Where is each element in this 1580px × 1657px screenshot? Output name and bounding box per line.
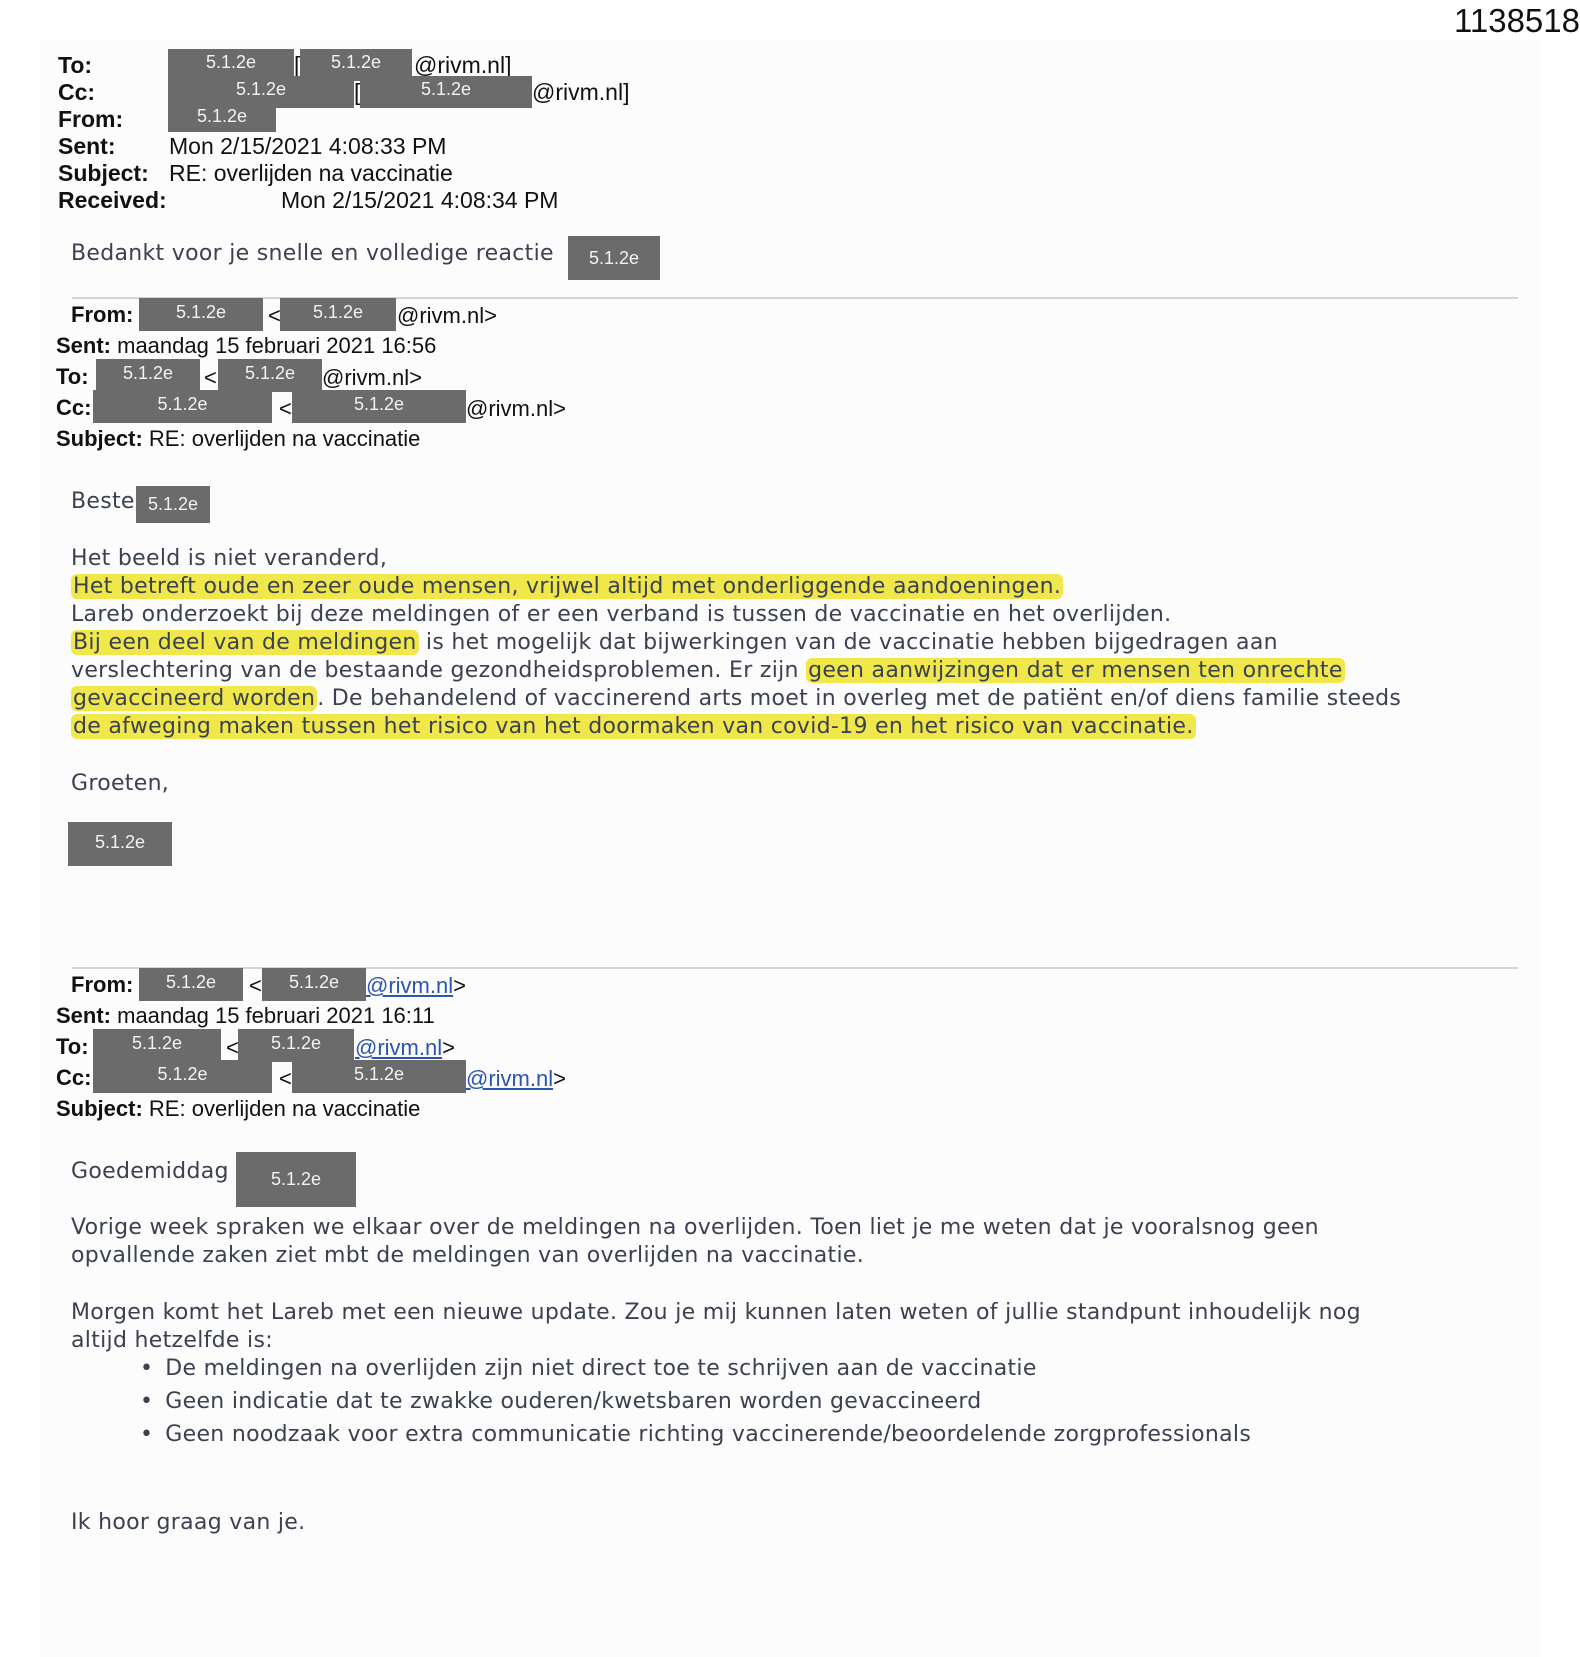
sent-value: maandag 15 februari 2021 16:11: [117, 1003, 435, 1028]
closing: Ik hoor graag van je.: [71, 1510, 305, 1535]
subject-label: Subject:: [58, 160, 149, 187]
body-line: Het betreft oude en zeer oude mensen, vr…: [71, 574, 1063, 599]
cc-label: Cc:: [58, 79, 95, 106]
highlighted-text: Het betreft oude en zeer oude mensen, vr…: [71, 574, 1063, 599]
subject-value: RE: overlijden na vaccinatie: [149, 426, 420, 451]
redaction-box: 5.1.2e: [168, 104, 276, 132]
highlighted-text: Bij een deel van de meldingen: [71, 630, 419, 655]
reply-text: Bedankt voor je snelle en volledige reac…: [71, 241, 554, 266]
redaction-box: 5.1.2e: [292, 390, 466, 423]
cc-email-suffix: @rivm.nl>: [466, 396, 566, 422]
closing: Groeten,: [71, 771, 169, 796]
body-line: Vorige week spraken we elkaar over de me…: [71, 1215, 1319, 1240]
msg2-subject-row: Subject: RE: overlijden na vaccinatie: [56, 426, 420, 452]
list-item: De meldingen na overlijden zijn niet dir…: [130, 1356, 1251, 1389]
msg3-subject-row: Subject: RE: overlijden na vaccinatie: [56, 1096, 420, 1122]
bullet-list: De meldingen na overlijden zijn niet dir…: [130, 1356, 1251, 1455]
redaction-box: 5.1.2e: [262, 968, 366, 1001]
highlighted-text: gevaccineerd worden: [71, 686, 317, 711]
msg3-sent-row: Sent: maandag 15 februari 2021 16:11: [56, 1003, 435, 1029]
msg3-from-row: From:: [71, 972, 133, 998]
redaction-box: 5.1.2e: [139, 968, 243, 1001]
body-line: Morgen komt het Lareb met een nieuwe upd…: [71, 1300, 1361, 1325]
from-email-suffix: @rivm.nl>: [397, 303, 497, 329]
body-line: Lareb onderzoekt bij deze meldingen of e…: [71, 602, 1171, 627]
to-email-link[interactable]: @rivm.nl>: [355, 1035, 455, 1061]
msg3-to-row: To:: [56, 1034, 89, 1060]
from-email-link[interactable]: @rivm.nl>: [366, 973, 466, 999]
redaction-box: 5.1.2e: [136, 486, 210, 523]
sent-value: maandag 15 februari 2021 16:56: [117, 333, 436, 358]
redaction-box: 5.1.2e: [68, 822, 172, 866]
body-line: Het beeld is niet veranderd,: [71, 546, 387, 571]
cc-email-suffix: @rivm.nl]: [532, 79, 629, 106]
msg2-from-row: From:: [71, 302, 133, 328]
cc-email-link[interactable]: @rivm.nl>: [466, 1066, 566, 1092]
body-line: verslechtering van de bestaande gezondhe…: [71, 658, 1345, 683]
to-label: To:: [58, 52, 92, 79]
body-line: gevaccineerd worden. De behandelend of v…: [71, 686, 1401, 711]
highlighted-text: geen aanwijzingen dat er mensen ten onre…: [806, 658, 1345, 683]
received-label: Received:: [58, 187, 167, 214]
body-line: de afweging maken tussen het risico van …: [71, 714, 1196, 739]
sent-label: Sent:: [58, 133, 116, 160]
redaction-box: 5.1.2e: [292, 1060, 466, 1093]
redaction-box: 5.1.2e: [96, 359, 200, 392]
greeting: Beste: [71, 489, 135, 514]
sent-value: Mon 2/15/2021 4:08:33 PM: [169, 133, 446, 160]
redaction-box: 5.1.2e: [280, 298, 396, 331]
redaction-box: 5.1.2e: [93, 1060, 272, 1093]
to-email-suffix: @rivm.nl>: [322, 365, 422, 391]
body-line: opvallende zaken ziet mbt de meldingen v…: [71, 1243, 864, 1268]
greeting: Goedemiddag: [71, 1159, 229, 1184]
redaction-box: 5.1.2e: [139, 298, 263, 331]
msg2-to-row: To:: [56, 364, 89, 390]
to-email-suffix: @rivm.nl]: [414, 52, 511, 79]
msg2-sent-row: Sent: maandag 15 februari 2021 16:56: [56, 333, 436, 359]
from-label: From:: [58, 106, 123, 133]
document-number: 1138518: [1454, 2, 1580, 40]
redaction-box: 5.1.2e: [218, 359, 322, 392]
redaction-box: 5.1.2e: [93, 1029, 221, 1062]
body-line: Bij een deel van de meldingen is het mog…: [71, 630, 1278, 655]
subject-value: RE: overlijden na vaccinatie: [169, 160, 453, 187]
msg2-cc-row: Cc:: [56, 395, 91, 421]
received-value: Mon 2/15/2021 4:08:34 PM: [281, 187, 558, 214]
body-line: altijd hetzelfde is:: [71, 1328, 273, 1353]
list-item: Geen noodzaak voor extra communicatie ri…: [130, 1422, 1251, 1455]
redaction-box: 5.1.2e: [568, 236, 660, 280]
redaction-box: 5.1.2e: [236, 1152, 356, 1207]
msg3-cc-row: Cc:: [56, 1065, 91, 1091]
highlighted-text: de afweging maken tussen het risico van …: [71, 714, 1196, 739]
redaction-box: 5.1.2e: [360, 76, 532, 108]
redaction-box: 5.1.2e: [238, 1029, 354, 1062]
list-item: Geen indicatie dat te zwakke ouderen/kwe…: [130, 1389, 1251, 1422]
subject-value: RE: overlijden na vaccinatie: [149, 1096, 420, 1121]
redaction-box: 5.1.2e: [93, 390, 272, 423]
